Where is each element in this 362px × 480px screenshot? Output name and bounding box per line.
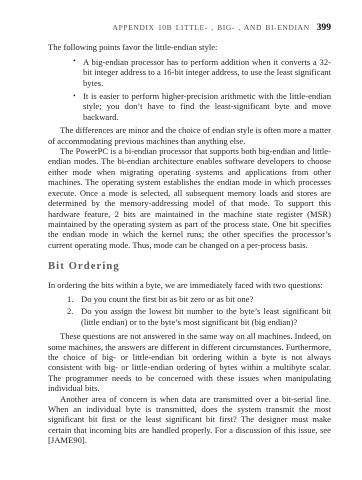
intro-paragraph: The following points favor the little-en… (48, 42, 331, 52)
numbered-item-marker: 1. (67, 294, 73, 304)
paragraph-bit-intro: In ordering the bits within a byte, we a… (48, 280, 331, 290)
numbered-item: 1. Do you count the first bit as bit zer… (81, 294, 331, 304)
bullet-list: • A big-endian processor has to perform … (48, 57, 331, 122)
running-head-title: APPENDIX 10B LITTLE- , BIG- , AND BI-END… (113, 23, 310, 32)
paragraph-differences: The differences are minor and the choice… (48, 125, 331, 146)
running-head: APPENDIX 10B LITTLE- , BIG- , AND BI-END… (48, 23, 331, 33)
book-page: APPENDIX 10B LITTLE- , BIG- , AND BI-END… (0, 0, 362, 480)
bullet-item-text: A big-endian processor has to perform ad… (83, 57, 331, 88)
page-number: 399 (317, 22, 331, 33)
bullet-item: • It is easier to perform higher-precisi… (83, 91, 331, 122)
bullet-icon: • (73, 56, 76, 66)
bullet-icon: • (73, 91, 76, 101)
paragraph-powerpc: The PowerPC is a bi-endian processor tha… (48, 146, 331, 250)
bullet-item-text: It is easier to perform higher-precision… (83, 91, 331, 122)
numbered-list: 1. Do you count the first bit as bit zer… (48, 294, 331, 327)
numbered-item-text: Do you assign the lowest bit number to t… (81, 306, 331, 326)
paragraph-questions: These questions are not answered in the … (48, 331, 331, 393)
numbered-item-marker: 2. (67, 306, 73, 316)
numbered-item: 2. Do you assign the lowest bit number t… (81, 306, 331, 327)
section-heading: Bit Ordering (48, 262, 331, 272)
bullet-item: • A big-endian processor has to perform … (83, 57, 331, 88)
numbered-item-text: Do you count the first bit as bit zero o… (81, 294, 253, 304)
paragraph-serial: Another area of concern is when data are… (48, 394, 331, 446)
